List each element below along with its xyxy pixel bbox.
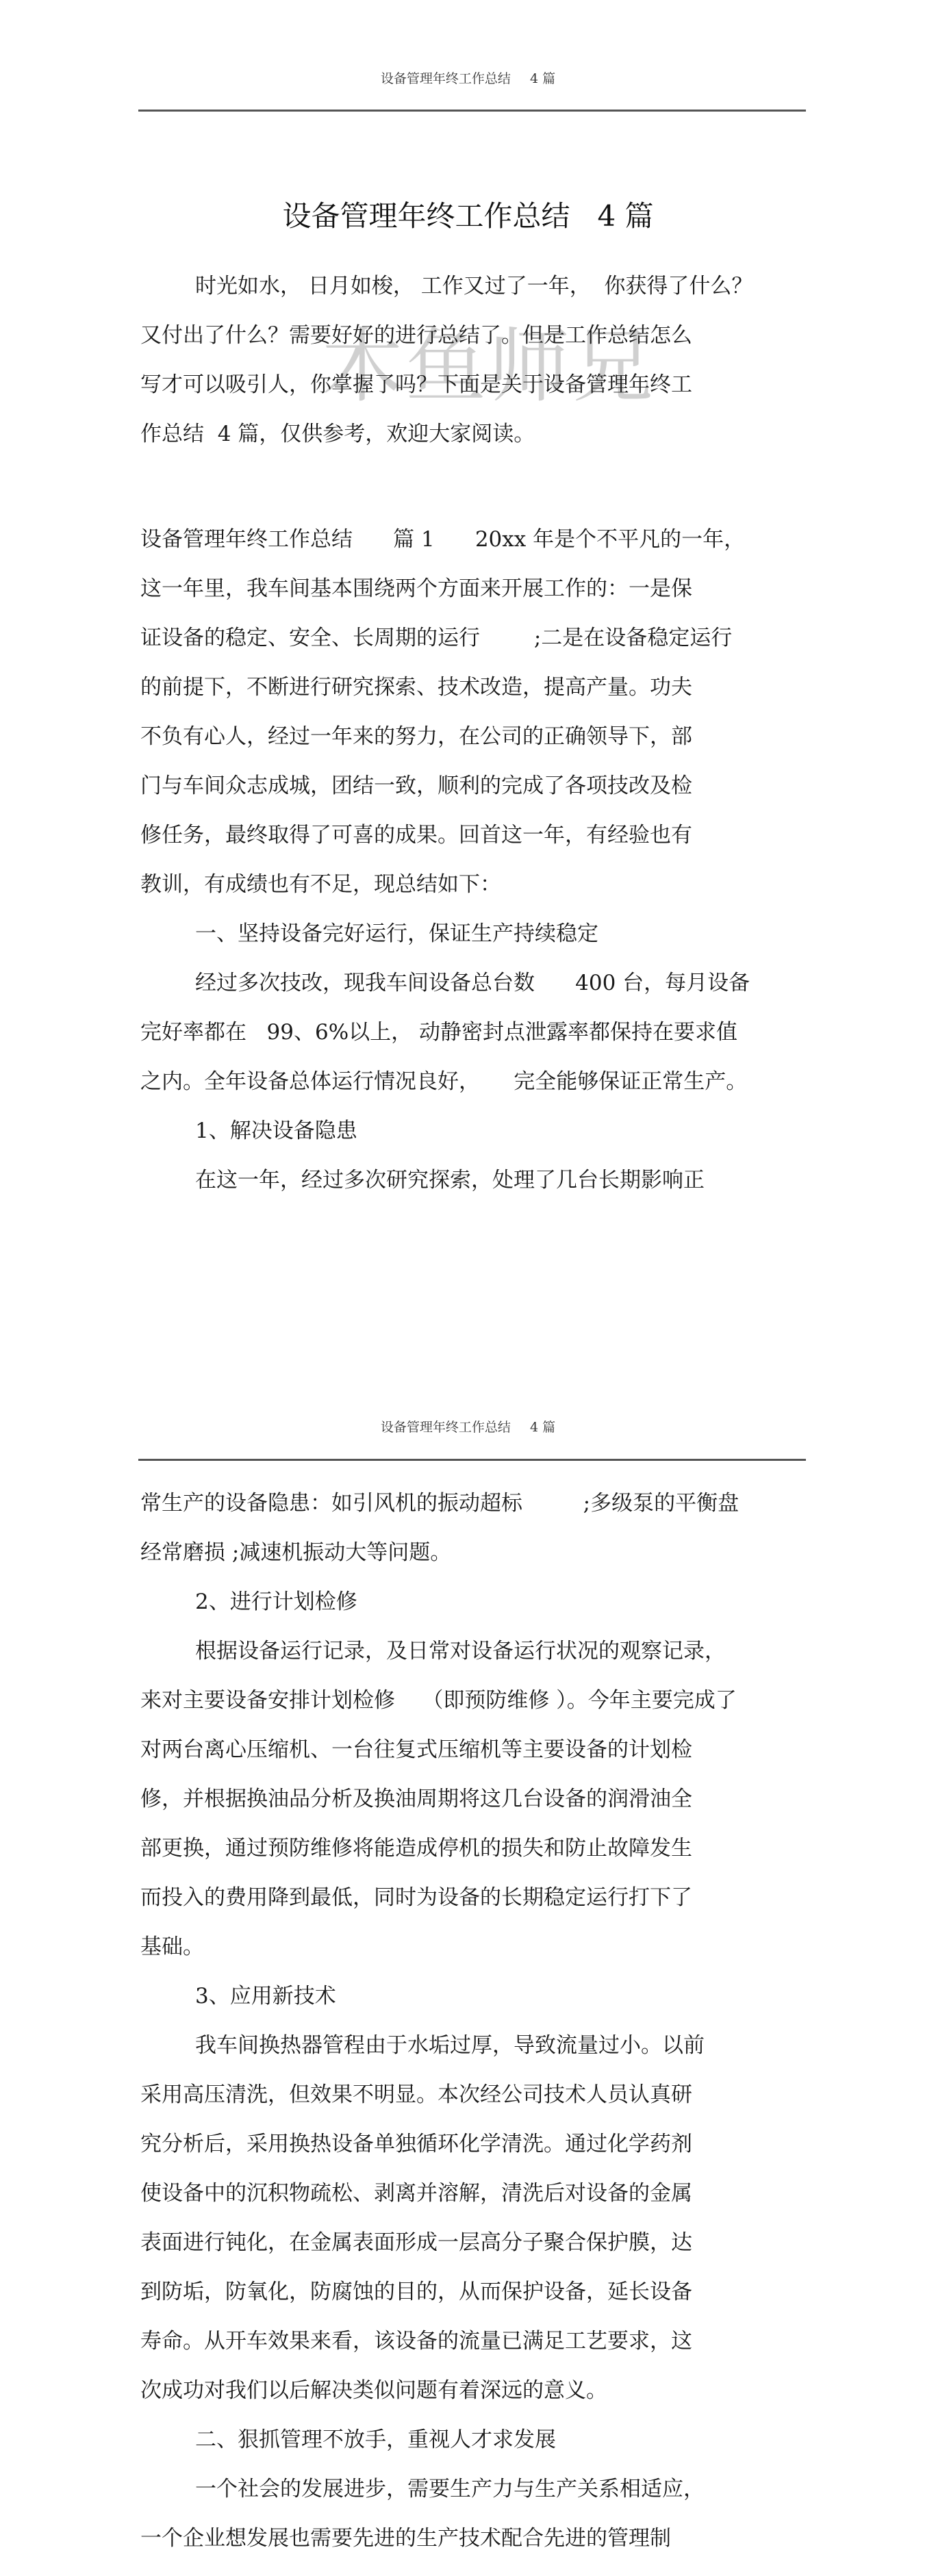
subheading-line: 2、进行计划检修 [195, 1588, 357, 1616]
page-2: 设备管理年终工作总结4 篇 常生产的设备隐患：如引风机的振动超标 ;多级泵的平衡… [0, 0, 936, 2576]
body-line: 采用高压清洗，但效果不明显。本次经公司技术人员认真研 [140, 2081, 692, 2108]
body-line: 常生产的设备隐患：如引风机的振动超标 ;多级泵的平衡盘 [140, 1490, 739, 1517]
body-line: 修，并根据换油品分析及换油周期将这几台设备的润滑油全 [140, 1785, 692, 1813]
body-line: 表面进行钝化，在金属表面形成一层高分子聚合保护膜，达 [140, 2229, 692, 2256]
subheading-line: 二、狠抓管理不放手，重视人才求发展 [195, 2426, 556, 2453]
body-line: 对两台离心压缩机、一台往复式压缩机等主要设备的计划检 [140, 1736, 692, 1763]
body-line: 经常磨损 ;减速机振动大等问题。 [140, 1539, 451, 1566]
body-line: 一个社会的发展进步，需要生产力与生产关系相适应， [195, 2475, 705, 2503]
running-header-title: 设备管理年终工作总结 [381, 1420, 511, 1435]
subheading-line: 3、应用新技术 [195, 1982, 336, 2010]
body-line: 到防垢，防氧化，防腐蚀的目的，从而保护设备，延长设备 [140, 2278, 692, 2306]
body-line: 来对主要设备安排计划检修 （即预防维修 ）。今年主要完成了 [140, 1687, 737, 1714]
body-line: 我车间换热器管程由于水垢过厚，导致流量过小。以前 [195, 2032, 705, 2059]
body-line: 根据设备运行记录，及日常对设备运行状况的观察记录， [195, 1637, 726, 1665]
body-line: 部更换，通过预防维修将能造成停机的损失和防止故障发生 [140, 1835, 692, 1862]
body-line: 而投入的费用降到最低，同时为设备的长期稳定运行打下了 [140, 1884, 692, 1911]
body-line: 基础。 [140, 1933, 204, 1961]
header-rule [138, 1459, 806, 1461]
running-header: 设备管理年终工作总结4 篇 [0, 1417, 936, 1436]
body-line: 究分析后，采用换热设备单独循环化学清洗。通过化学药剂 [140, 2130, 692, 2158]
body-line: 次成功对我们以后解决类似问题有着深远的意义。 [140, 2377, 607, 2404]
body-line: 使设备中的沉积物疏松、剥离并溶解，清洗后对设备的金属 [140, 2180, 692, 2207]
running-header-count: 4 篇 [530, 1420, 555, 1435]
body-line: 寿命。从开车效果来看，该设备的流量已满足工艺要求，这 [140, 2328, 692, 2355]
body-line: 一个企业想发展也需要先进的生产技术配合先进的管理制 [140, 2525, 671, 2552]
